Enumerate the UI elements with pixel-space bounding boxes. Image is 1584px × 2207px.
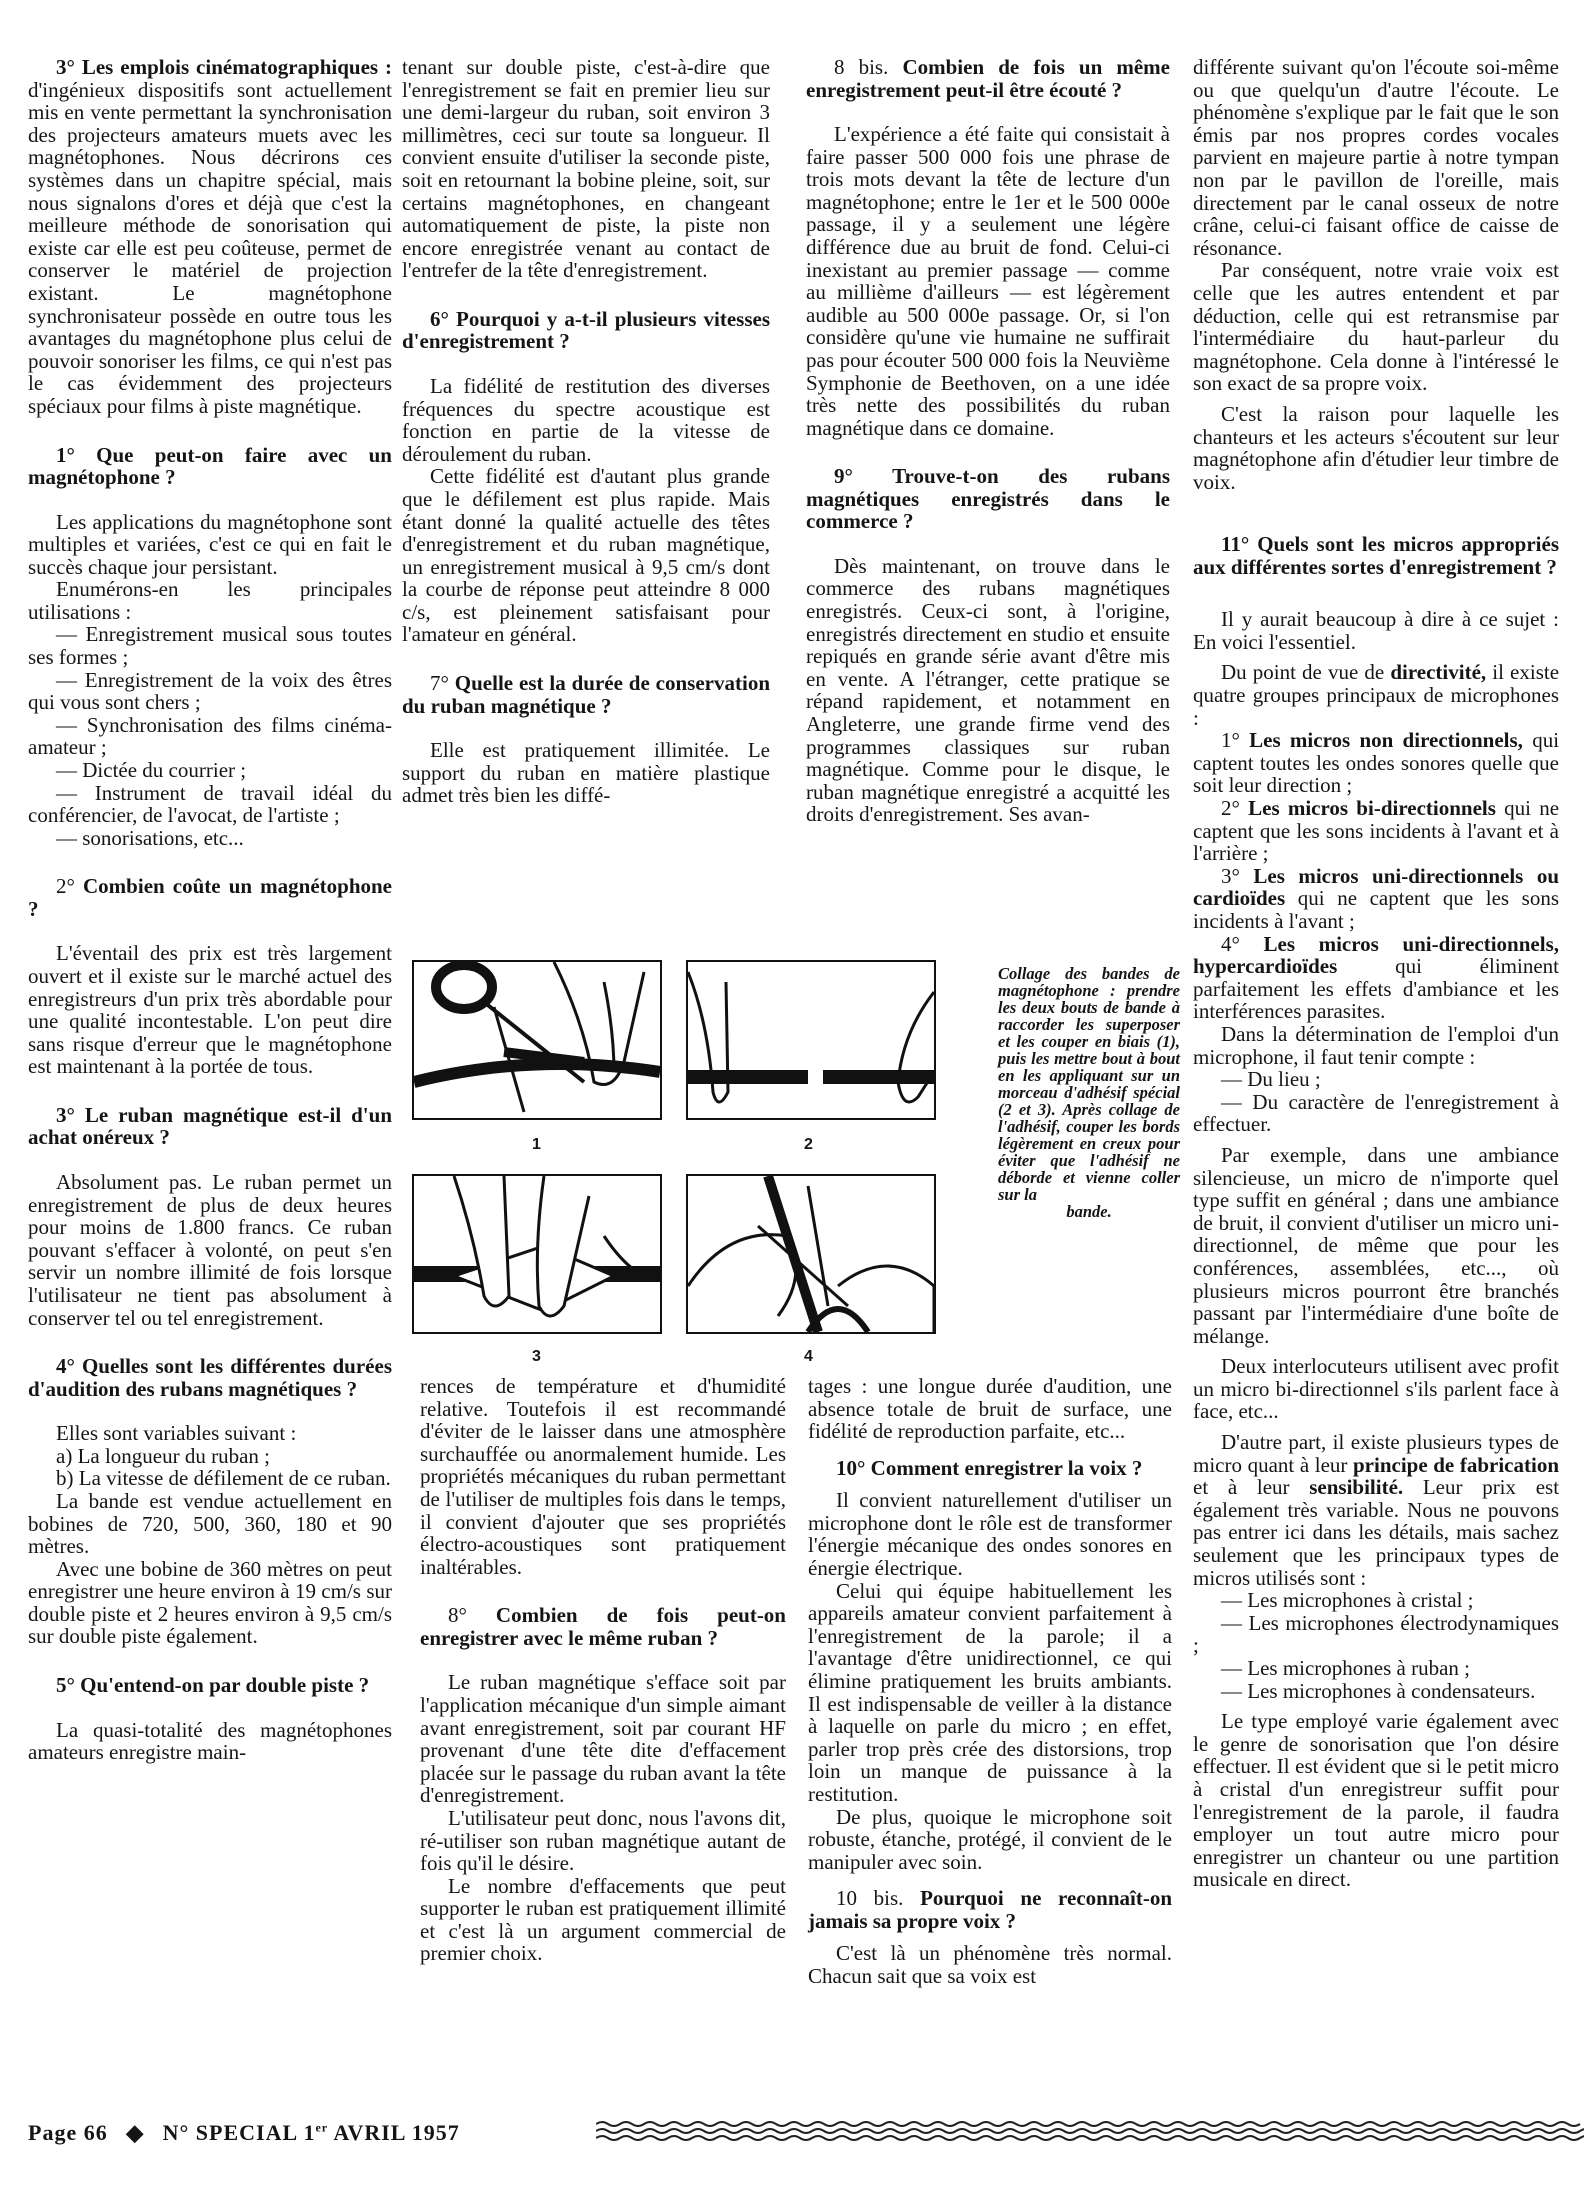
q10-paragraph: Celui qui équipe habituellement les appa…: [808, 1580, 1172, 1806]
column-1: 3° Les emplois cinématographiques : d'in…: [28, 56, 392, 1764]
question-5-heading: 5° Qu'entend-on par double piste ?: [28, 1674, 392, 1697]
question-2-heading: 2° Combien coûte un magnétophone ?: [28, 875, 392, 920]
q10-paragraph: Il convient naturellement d'utiliser un …: [808, 1489, 1172, 1579]
list-item: — Synchronisation des films cinéma-amate…: [28, 714, 392, 759]
tape-splicing-illustration: 1 2 3 4: [412, 960, 992, 1360]
mic-group-item: 3° Les micros uni-directionnels ou cardi…: [1193, 865, 1559, 933]
voice-paragraph: C'est la raison pour laquelle les chante…: [1193, 403, 1559, 493]
hands-holding-tape-icon: [688, 962, 934, 1118]
page-footer: Page 66 ◆ N° SPECIAL 1er AVRIL 1957: [28, 2120, 460, 2146]
continued-paragraph: rences de température et d'humidité rela…: [420, 1375, 786, 1578]
q9-paragraph: Dès maintenant, on trouve dans le commer…: [806, 555, 1170, 826]
question-9-heading: 9° Trouve-t-on des rubans magnétiques en…: [806, 465, 1170, 533]
q11-paragraph: Il y aurait beaucoup à dire à ce sujet :…: [1193, 608, 1559, 653]
mic-types-paragraph: D'autre part, il existe plusieurs types …: [1193, 1431, 1559, 1589]
list-item: — Du caractère de l'enregistrement à eff…: [1193, 1091, 1559, 1136]
q6-paragraph: Cette fidélité est d'autant plus grande …: [402, 465, 770, 646]
q6-paragraph: La fidélité de restitution des diverses …: [402, 375, 770, 465]
continued-paragraph: différente suivant qu'on l'écoute soi-mê…: [1193, 56, 1559, 259]
page-number: Page 66: [28, 2120, 108, 2145]
q4-item-b: b) La vitesse de défilement de ce ruban.: [28, 1467, 392, 1490]
list-item: — Les microphones à ruban ;: [1193, 1657, 1559, 1680]
q5-paragraph: La quasi-totalité des magnétophones amat…: [28, 1719, 392, 1764]
q4-item-a: a) La longueur du ruban ;: [28, 1445, 392, 1468]
q10bis-paragraph: C'est là un phénomène très normal. Chacu…: [808, 1942, 1172, 1987]
question-7-heading: 7° Quelle est la durée de conservation d…: [402, 672, 770, 717]
question-8bis-heading: 8 bis. Combien de fois un même enregistr…: [806, 56, 1170, 101]
column-4: différente suivant qu'on l'écoute soi-mê…: [1193, 56, 1559, 1891]
q1-paragraph: Enumérons-en les principales utilisation…: [28, 578, 392, 623]
question-3-heading: 3° Le ruban magnétique est-il d'un achat…: [28, 1104, 392, 1149]
column-2-lower: rences de température et d'humidité rela…: [420, 1375, 786, 1965]
determination-paragraph: Dans la détermination de l'emploi d'un m…: [1193, 1023, 1559, 1068]
voice-paragraph: Par conséquent, notre vraie voix est cel…: [1193, 259, 1559, 395]
q4-paragraph: Elles sont variables suivant :: [28, 1422, 392, 1445]
question-6-heading: 6° Pourquoi y a-t-il plusieurs vitesses …: [402, 308, 770, 353]
figure-panel-4: [686, 1174, 936, 1334]
panel-label-4: 4: [804, 1348, 813, 1366]
question-1-heading: 1° Que peut-on faire avec un magnétophon…: [28, 444, 392, 489]
panel-label-3: 3: [532, 1348, 541, 1366]
list-item: — Instrument de travail idéal du confére…: [28, 782, 392, 827]
mic-group-item: 2° Les micros bi-directionnels qui ne ca…: [1193, 797, 1559, 865]
question-10-heading: 10° Comment enregistrer la voix ?: [808, 1457, 1172, 1480]
q4-paragraph: Avec une bobine de 360 mètres on peut en…: [28, 1558, 392, 1648]
panel-label-2: 2: [804, 1136, 813, 1154]
figure-caption: Collage des bandes de magnétophone : pre…: [998, 965, 1180, 1220]
issue-label: N° SPECIAL 1er AVRIL 1957: [163, 2120, 460, 2145]
intro-paragraph: 3° Les emplois cinématographiques : d'in…: [28, 56, 392, 418]
mic-group-item: 1° Les micros non directionnels, qui cap…: [1193, 729, 1559, 797]
column-2: tenant sur double piste, c'est-à-dire qu…: [402, 56, 770, 807]
list-item: — sonorisations, etc...: [28, 827, 392, 850]
interlocutors-paragraph: Deux interlocuteurs utilisent avec profi…: [1193, 1355, 1559, 1423]
wavy-rule-decoration: [596, 2118, 1584, 2144]
figure-panel-3: [412, 1174, 662, 1334]
q8-paragraph: Le nombre d'effacements que peut support…: [420, 1875, 786, 1965]
fingers-pressing-adhesive-icon: [414, 1176, 660, 1332]
q10-paragraph: De plus, quoique le microphone soit robu…: [808, 1806, 1172, 1874]
continued-paragraph: tenant sur double piste, c'est-à-dire qu…: [402, 56, 770, 282]
list-item: — Dictée du courrier ;: [28, 759, 392, 782]
column-3: 8 bis. Combien de fois un même enregistr…: [806, 56, 1170, 826]
question-10bis-heading: 10 bis. Pourquoi ne reconnaît-on jamais …: [808, 1887, 1172, 1932]
final-paragraph: Le type employé varie également avec le …: [1193, 1710, 1559, 1891]
question-11-heading: 11° Quels sont les micros appropriés aux…: [1193, 533, 1559, 578]
mic-group-item: 4° Les micros uni-directionnels, hyperca…: [1193, 933, 1559, 1023]
q11-paragraph: Du point de vue de directivité, il exist…: [1193, 661, 1559, 729]
q3-paragraph: Absolument pas. Le ruban permet un enreg…: [28, 1171, 392, 1329]
q8-paragraph: Le ruban magnétique s'efface soit par l'…: [420, 1671, 786, 1807]
continued-paragraph: tages : une longue durée d'audition, une…: [808, 1375, 1172, 1443]
q4-paragraph: La bande est vendue actuellement en bobi…: [28, 1490, 392, 1558]
figure-panel-1: [412, 960, 662, 1120]
example-paragraph: Par exemple, dans une ambiance silencieu…: [1193, 1144, 1559, 1347]
question-4-heading: 4° Quelles sont les différentes durées d…: [28, 1355, 392, 1400]
list-item: — Les microphones à cristal ;: [1193, 1589, 1559, 1612]
list-item: — Les microphones à condensateurs.: [1193, 1680, 1559, 1703]
panel-label-1: 1: [532, 1136, 541, 1154]
list-item: — Enregistrement de la voix des êtres qu…: [28, 669, 392, 714]
scissors-trimming-edges-icon: [688, 1176, 934, 1332]
list-item: — Du lieu ;: [1193, 1068, 1559, 1091]
q8-paragraph: L'utilisateur peut donc, nous l'avons di…: [420, 1807, 786, 1875]
list-item: — Les microphones électrodynamiques ;: [1193, 1612, 1559, 1657]
q7-paragraph: Elle est pratiquement illimitée. Le supp…: [402, 739, 770, 807]
list-item: — Enregistrement musical sous toutes ses…: [28, 623, 392, 668]
scissors-cutting-tape-icon: [414, 962, 660, 1118]
diamond-separator-icon: ◆: [126, 2120, 144, 2145]
column-3-lower: tages : une longue durée d'audition, une…: [808, 1375, 1172, 1988]
figure-panel-2: [686, 960, 936, 1120]
question-8-heading: 8° Combien de fois peut-on enregistrer a…: [420, 1604, 786, 1649]
q1-paragraph: Les applications du magnétophone sont mu…: [28, 511, 392, 579]
q8bis-paragraph: L'expérience a été faite qui consistait …: [806, 123, 1170, 439]
q2-paragraph: L'éventail des prix est très largement o…: [28, 942, 392, 1078]
